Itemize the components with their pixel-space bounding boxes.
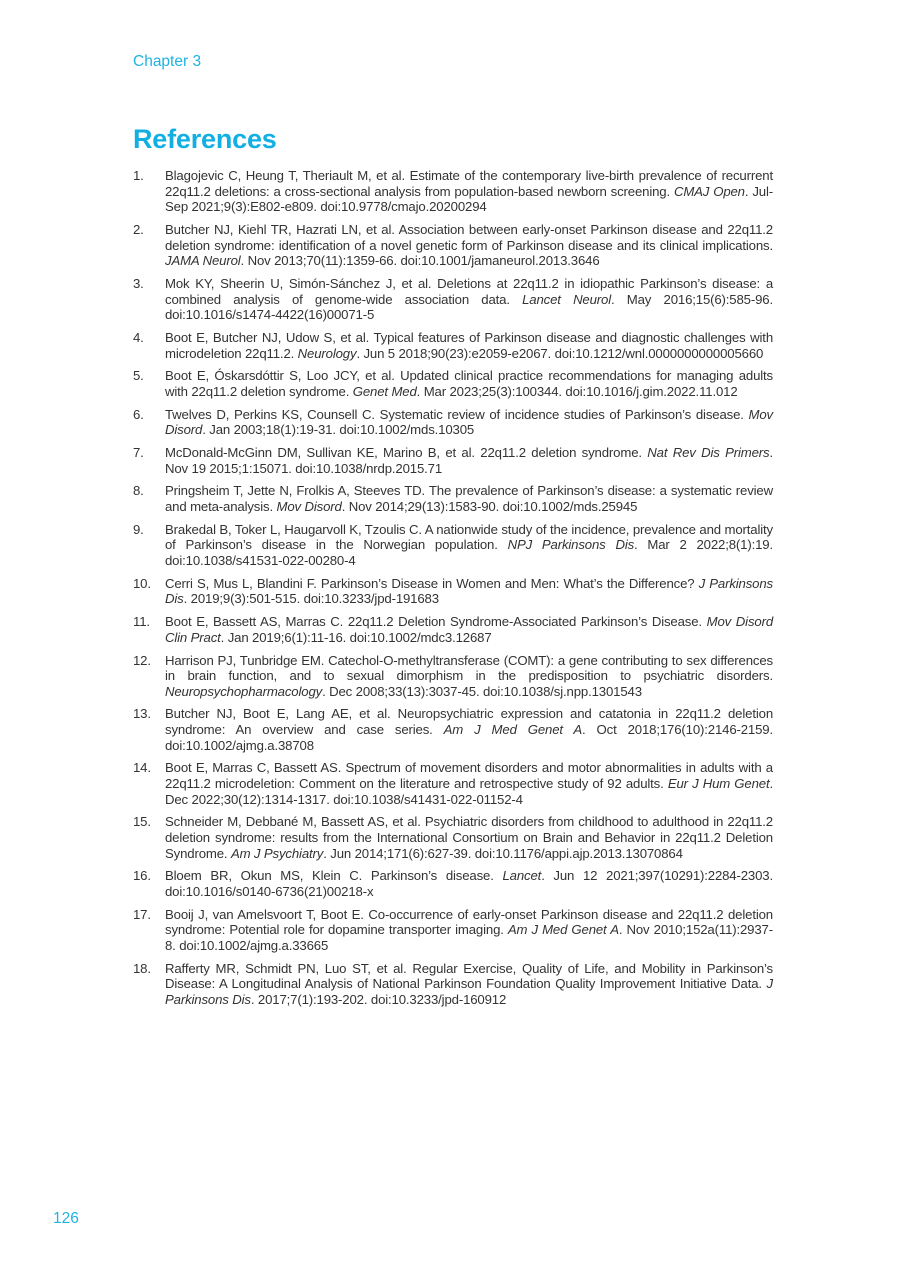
reference-citation: Harrison PJ, Tunbridge EM. Catechol-O-me…	[165, 653, 773, 684]
reference-details: . 2017;7(1):193-202. doi:10.3233/jpd-160…	[251, 992, 506, 1007]
reference-item: 4. Boot E, Butcher NJ, Udow S, et al. Ty…	[133, 330, 773, 361]
reference-text: Harrison PJ, Tunbridge EM. Catechol-O-me…	[165, 653, 773, 699]
reference-item: 12. Harrison PJ, Tunbridge EM. Catechol-…	[133, 653, 773, 700]
reference-text: Butcher NJ, Boot E, Lang AE, et al. Neur…	[165, 706, 773, 752]
reference-number: 15.	[133, 814, 151, 830]
reference-text: Boot E, Bassett AS, Marras C. 22q11.2 De…	[165, 614, 773, 645]
reference-journal: Genet Med	[353, 384, 417, 399]
reference-journal: Am J Med Genet A	[444, 722, 582, 737]
reference-journal: Eur J Hum Genet	[668, 776, 770, 791]
reference-number: 14.	[133, 760, 151, 776]
reference-journal: Neuropsychopharmacology	[165, 684, 322, 699]
reference-item: 2. Butcher NJ, Kiehl TR, Hazrati LN, et …	[133, 222, 773, 269]
reference-citation: Cerri S, Mus L, Blandini F. Parkinson’s …	[165, 576, 699, 591]
reference-list: 1. Blagojevic C, Heung T, Theriault M, e…	[133, 168, 773, 1015]
reference-number: 6.	[133, 407, 144, 423]
reference-text: Pringsheim T, Jette N, Frolkis A, Steeve…	[165, 483, 773, 514]
reference-text: McDonald-McGinn DM, Sullivan KE, Marino …	[165, 445, 773, 476]
reference-citation: Butcher NJ, Kiehl TR, Hazrati LN, et al.…	[165, 222, 773, 253]
reference-details: . Nov 2013;70(11):1359-66. doi:10.1001/j…	[241, 253, 600, 268]
reference-number: 10.	[133, 576, 151, 592]
reference-item: 14. Boot E, Marras C, Bassett AS. Spectr…	[133, 760, 773, 807]
reference-number: 18.	[133, 961, 151, 977]
reference-citation: Rafferty MR, Schmidt PN, Luo ST, et al. …	[165, 961, 773, 992]
reference-text: Boot E, Óskarsdóttir S, Loo JCY, et al. …	[165, 368, 773, 399]
reference-citation: Bloem BR, Okun MS, Klein C. Parkinson’s …	[165, 868, 502, 883]
reference-item: 13. Butcher NJ, Boot E, Lang AE, et al. …	[133, 706, 773, 753]
page-number: 126	[53, 1210, 79, 1228]
reference-journal: CMAJ Open	[674, 184, 745, 199]
reference-number: 2.	[133, 222, 144, 238]
reference-item: 7. McDonald-McGinn DM, Sullivan KE, Mari…	[133, 445, 773, 476]
reference-journal: Am J Psychiatry	[231, 846, 323, 861]
reference-item: 16. Bloem BR, Okun MS, Klein C. Parkinso…	[133, 868, 773, 899]
reference-item: 5. Boot E, Óskarsdóttir S, Loo JCY, et a…	[133, 368, 773, 399]
reference-item: 9. Brakedal B, Toker L, Haugarvoll K, Tz…	[133, 522, 773, 569]
reference-number: 4.	[133, 330, 144, 346]
page-title: References	[133, 124, 277, 155]
reference-details: . Nov 2014;29(13):1583-90. doi:10.1002/m…	[342, 499, 638, 514]
reference-number: 16.	[133, 868, 151, 884]
reference-details: . Mar 2023;25(3):100344. doi:10.1016/j.g…	[417, 384, 738, 399]
reference-text: Boot E, Butcher NJ, Udow S, et al. Typic…	[165, 330, 773, 361]
reference-item: 3. Mok KY, Sheerin U, Simón-Sánchez J, e…	[133, 276, 773, 323]
reference-journal: Am J Med Genet A	[508, 922, 619, 937]
reference-details: . Jun 5 2018;90(23):e2059-e2067. doi:10.…	[356, 346, 763, 361]
reference-journal: Neurology	[298, 346, 357, 361]
reference-number: 7.	[133, 445, 144, 461]
reference-number: 3.	[133, 276, 144, 292]
reference-journal: Lancet Neurol	[522, 292, 611, 307]
reference-item: 6. Twelves D, Perkins KS, Counsell C. Sy…	[133, 407, 773, 438]
reference-details: . Jan 2003;18(1):19-31. doi:10.1002/mds.…	[202, 422, 474, 437]
reference-item: 8. Pringsheim T, Jette N, Frolkis A, Ste…	[133, 483, 773, 514]
running-head: Chapter 3	[133, 53, 201, 71]
reference-text: Twelves D, Perkins KS, Counsell C. Syste…	[165, 407, 773, 438]
reference-details: . Jun 2014;171(6):627-39. doi:10.1176/ap…	[323, 846, 683, 861]
reference-journal: Nat Rev Dis Primers	[647, 445, 769, 460]
reference-citation: Boot E, Bassett AS, Marras C. 22q11.2 De…	[165, 614, 707, 629]
reference-text: Brakedal B, Toker L, Haugarvoll K, Tzoul…	[165, 522, 773, 568]
reference-text: Bloem BR, Okun MS, Klein C. Parkinson’s …	[165, 868, 773, 899]
reference-number: 5.	[133, 368, 144, 384]
reference-journal: NPJ Parkinsons Dis	[508, 537, 634, 552]
reference-details: . 2019;9(3):501-515. doi:10.3233/jpd-191…	[184, 591, 439, 606]
reference-number: 9.	[133, 522, 144, 538]
reference-journal: JAMA Neurol	[165, 253, 241, 268]
reference-text: Mok KY, Sheerin U, Simón-Sánchez J, et a…	[165, 276, 773, 322]
reference-number: 1.	[133, 168, 144, 184]
reference-item: 10. Cerri S, Mus L, Blandini F. Parkinso…	[133, 576, 773, 607]
reference-journal: Mov Disord	[277, 499, 342, 514]
reference-item: 15. Schneider M, Debbané M, Bassett AS, …	[133, 814, 773, 861]
reference-details: . Dec 2008;33(13):3037-45. doi:10.1038/s…	[322, 684, 642, 699]
reference-number: 12.	[133, 653, 151, 669]
reference-text: Boot E, Marras C, Bassett AS. Spectrum o…	[165, 760, 773, 806]
reference-number: 8.	[133, 483, 144, 499]
reference-text: Rafferty MR, Schmidt PN, Luo ST, et al. …	[165, 961, 773, 1007]
reference-item: 18. Rafferty MR, Schmidt PN, Luo ST, et …	[133, 961, 773, 1008]
reference-number: 17.	[133, 907, 151, 923]
reference-citation: McDonald-McGinn DM, Sullivan KE, Marino …	[165, 445, 647, 460]
reference-text: Cerri S, Mus L, Blandini F. Parkinson’s …	[165, 576, 773, 607]
reference-details: . Jan 2019;6(1):11-16. doi:10.1002/mdc3.…	[221, 630, 492, 645]
reference-item: 11. Boot E, Bassett AS, Marras C. 22q11.…	[133, 614, 773, 645]
reference-text: Butcher NJ, Kiehl TR, Hazrati LN, et al.…	[165, 222, 773, 268]
reference-item: 17. Booij J, van Amelsvoort T, Boot E. C…	[133, 907, 773, 954]
reference-journal: Lancet	[502, 868, 541, 883]
reference-number: 11.	[133, 614, 150, 630]
reference-text: Schneider M, Debbané M, Bassett AS, et a…	[165, 814, 773, 860]
reference-number: 13.	[133, 706, 151, 722]
reference-item: 1. Blagojevic C, Heung T, Theriault M, e…	[133, 168, 773, 215]
reference-text: Blagojevic C, Heung T, Theriault M, et a…	[165, 168, 773, 214]
reference-citation: Twelves D, Perkins KS, Counsell C. Syste…	[165, 407, 749, 422]
reference-text: Booij J, van Amelsvoort T, Boot E. Co-oc…	[165, 907, 773, 953]
